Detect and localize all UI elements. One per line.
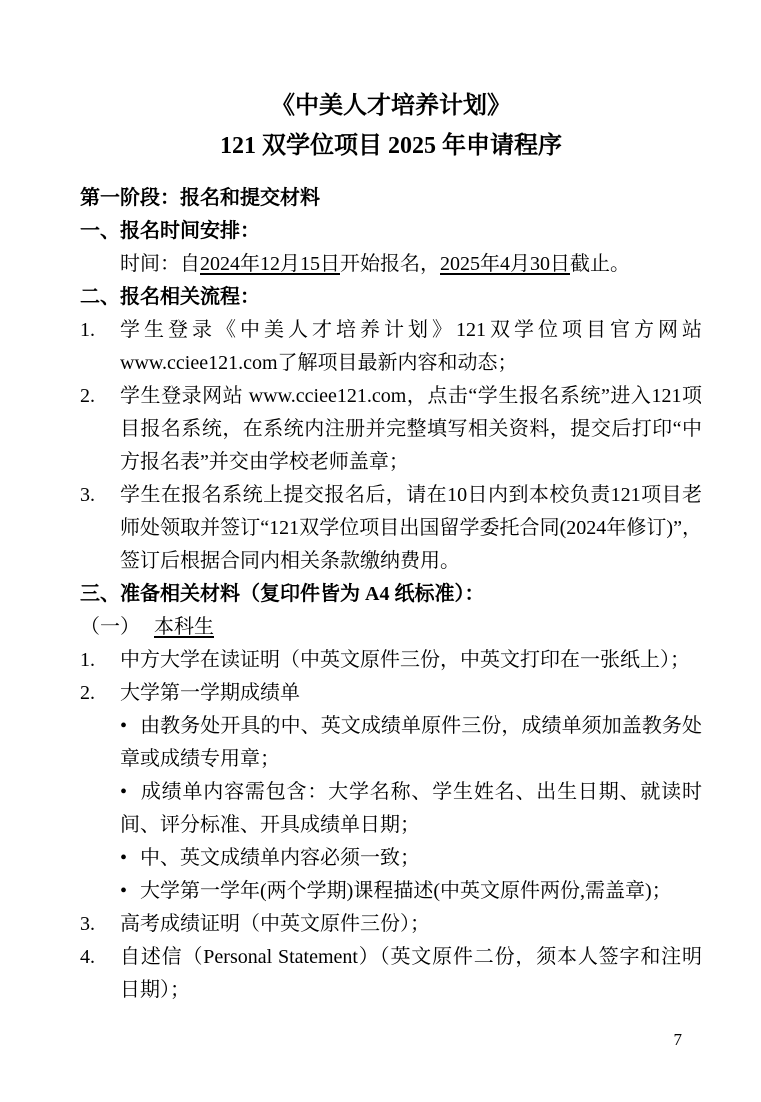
list-item-procedure-3: 3. 学生在报名系统上提交报名后，请在10日内到本校负责121项目老师处领取并签… — [80, 479, 702, 578]
page-number: 7 — [674, 1030, 683, 1050]
bullet-item-3: •中、英文成绩单内容必须一致； — [120, 842, 702, 875]
subsection-undergraduate-heading: （一）本科生 — [80, 611, 702, 644]
item-number: 2. — [80, 380, 120, 479]
list-item-material-2: 2. 大学第一学期成绩单 — [80, 677, 702, 710]
item-number: 2. — [80, 677, 120, 710]
stage-heading: 第一阶段：报名和提交材料 — [80, 182, 702, 215]
bullet-item-2: •成绩单内容需包含：大学名称、学生姓名、出生日期、就读时间、评分标准、开具成绩单… — [120, 776, 702, 842]
bullet-text: 大学第一学年(两个学期)课程描述(中英文原件两份,需盖章)； — [140, 880, 672, 902]
bullet-item-1: •由教务处开具的中、英文成绩单原件三份，成绩单须加盖教务处章或成绩专用章； — [120, 710, 702, 776]
subsection-label: （一） — [80, 616, 140, 638]
bullet-marker: • — [120, 880, 127, 902]
list-item-procedure-2: 2. 学生登录网站 www.cciee121.com，点击“学生报名系统”进入1… — [80, 380, 702, 479]
item-text: 学生在报名系统上提交报名后，请在10日内到本校负责121项目老师处领取并签订“1… — [120, 479, 702, 578]
bullet-marker: • — [120, 715, 127, 737]
bullet-item-4: •大学第一学年(两个学期)课程描述(中英文原件两份,需盖章)； — [120, 875, 702, 908]
list-item-material-1: 1. 中方大学在读证明（中英文原件三份，中英文打印在一张纸上）； — [80, 644, 702, 677]
doc-content: 《中美人才培养计划》 121 双学位项目 2025 年申请程序 第一阶段：报名和… — [80, 86, 702, 1007]
bullet-text: 中、英文成绩单内容必须一致； — [140, 847, 420, 869]
section-1-heading: 一、报名时间安排： — [80, 215, 702, 248]
section-2-heading: 二、报名相关流程： — [80, 281, 702, 314]
time-middle: 开始报名， — [340, 253, 440, 275]
transcript-bullet-list: •由教务处开具的中、英文成绩单原件三份，成绩单须加盖教务处章或成绩专用章； •成… — [80, 710, 702, 908]
item-number: 1. — [80, 314, 120, 380]
bullet-marker: • — [120, 847, 127, 869]
title-line-1: 《中美人才培养计划》 — [80, 86, 702, 126]
item-number: 1. — [80, 644, 120, 677]
item-text: 自述信（Personal Statement）（英文原件二份，须本人签字和注明日… — [120, 941, 702, 1007]
item-text: 大学第一学期成绩单 — [120, 677, 702, 710]
page: 《中美人才培养计划》 121 双学位项目 2025 年申请程序 第一阶段：报名和… — [0, 0, 761, 1102]
subsection-title-underlined: 本科生 — [154, 616, 214, 638]
time-prefix: 时间：自 — [120, 253, 200, 275]
bullet-marker: • — [120, 781, 127, 803]
item-text: 高考成绩证明（中英文原件三份）； — [120, 908, 702, 941]
item-text: 学生登录《中美人才培养计划》121双学位项目官方网站 www.cciee121.… — [120, 314, 702, 380]
doc-title: 《中美人才培养计划》 121 双学位项目 2025 年申请程序 — [80, 86, 702, 166]
item-text: 中方大学在读证明（中英文原件三份，中英文打印在一张纸上）； — [120, 644, 702, 677]
registration-time-line: 时间：自2024年12月15日开始报名，2025年4月30日截止。 — [80, 248, 702, 281]
section-3-heading: 三、准备相关材料（复印件皆为 A4 纸标准）： — [80, 578, 702, 611]
title-line-2: 121 双学位项目 2025 年申请程序 — [80, 126, 702, 166]
list-item-material-4: 4. 自述信（Personal Statement）（英文原件二份，须本人签字和… — [80, 941, 702, 1007]
item-text: 学生登录网站 www.cciee121.com，点击“学生报名系统”进入121项… — [120, 380, 702, 479]
start-date-underlined: 2024年12月15日 — [200, 253, 340, 275]
item-number: 4. — [80, 941, 120, 1007]
item-number: 3. — [80, 479, 120, 578]
item-number: 3. — [80, 908, 120, 941]
time-suffix: 截止。 — [570, 253, 630, 275]
bullet-text: 成绩单内容需包含：大学名称、学生姓名、出生日期、就读时间、评分标准、开具成绩单日… — [120, 781, 702, 836]
list-item-material-3: 3. 高考成绩证明（中英文原件三份）； — [80, 908, 702, 941]
list-item-procedure-1: 1. 学生登录《中美人才培养计划》121双学位项目官方网站 www.cciee1… — [80, 314, 702, 380]
bullet-text: 由教务处开具的中、英文成绩单原件三份，成绩单须加盖教务处章或成绩专用章； — [120, 715, 702, 770]
end-date-underlined: 2025年4月30日 — [440, 253, 570, 275]
